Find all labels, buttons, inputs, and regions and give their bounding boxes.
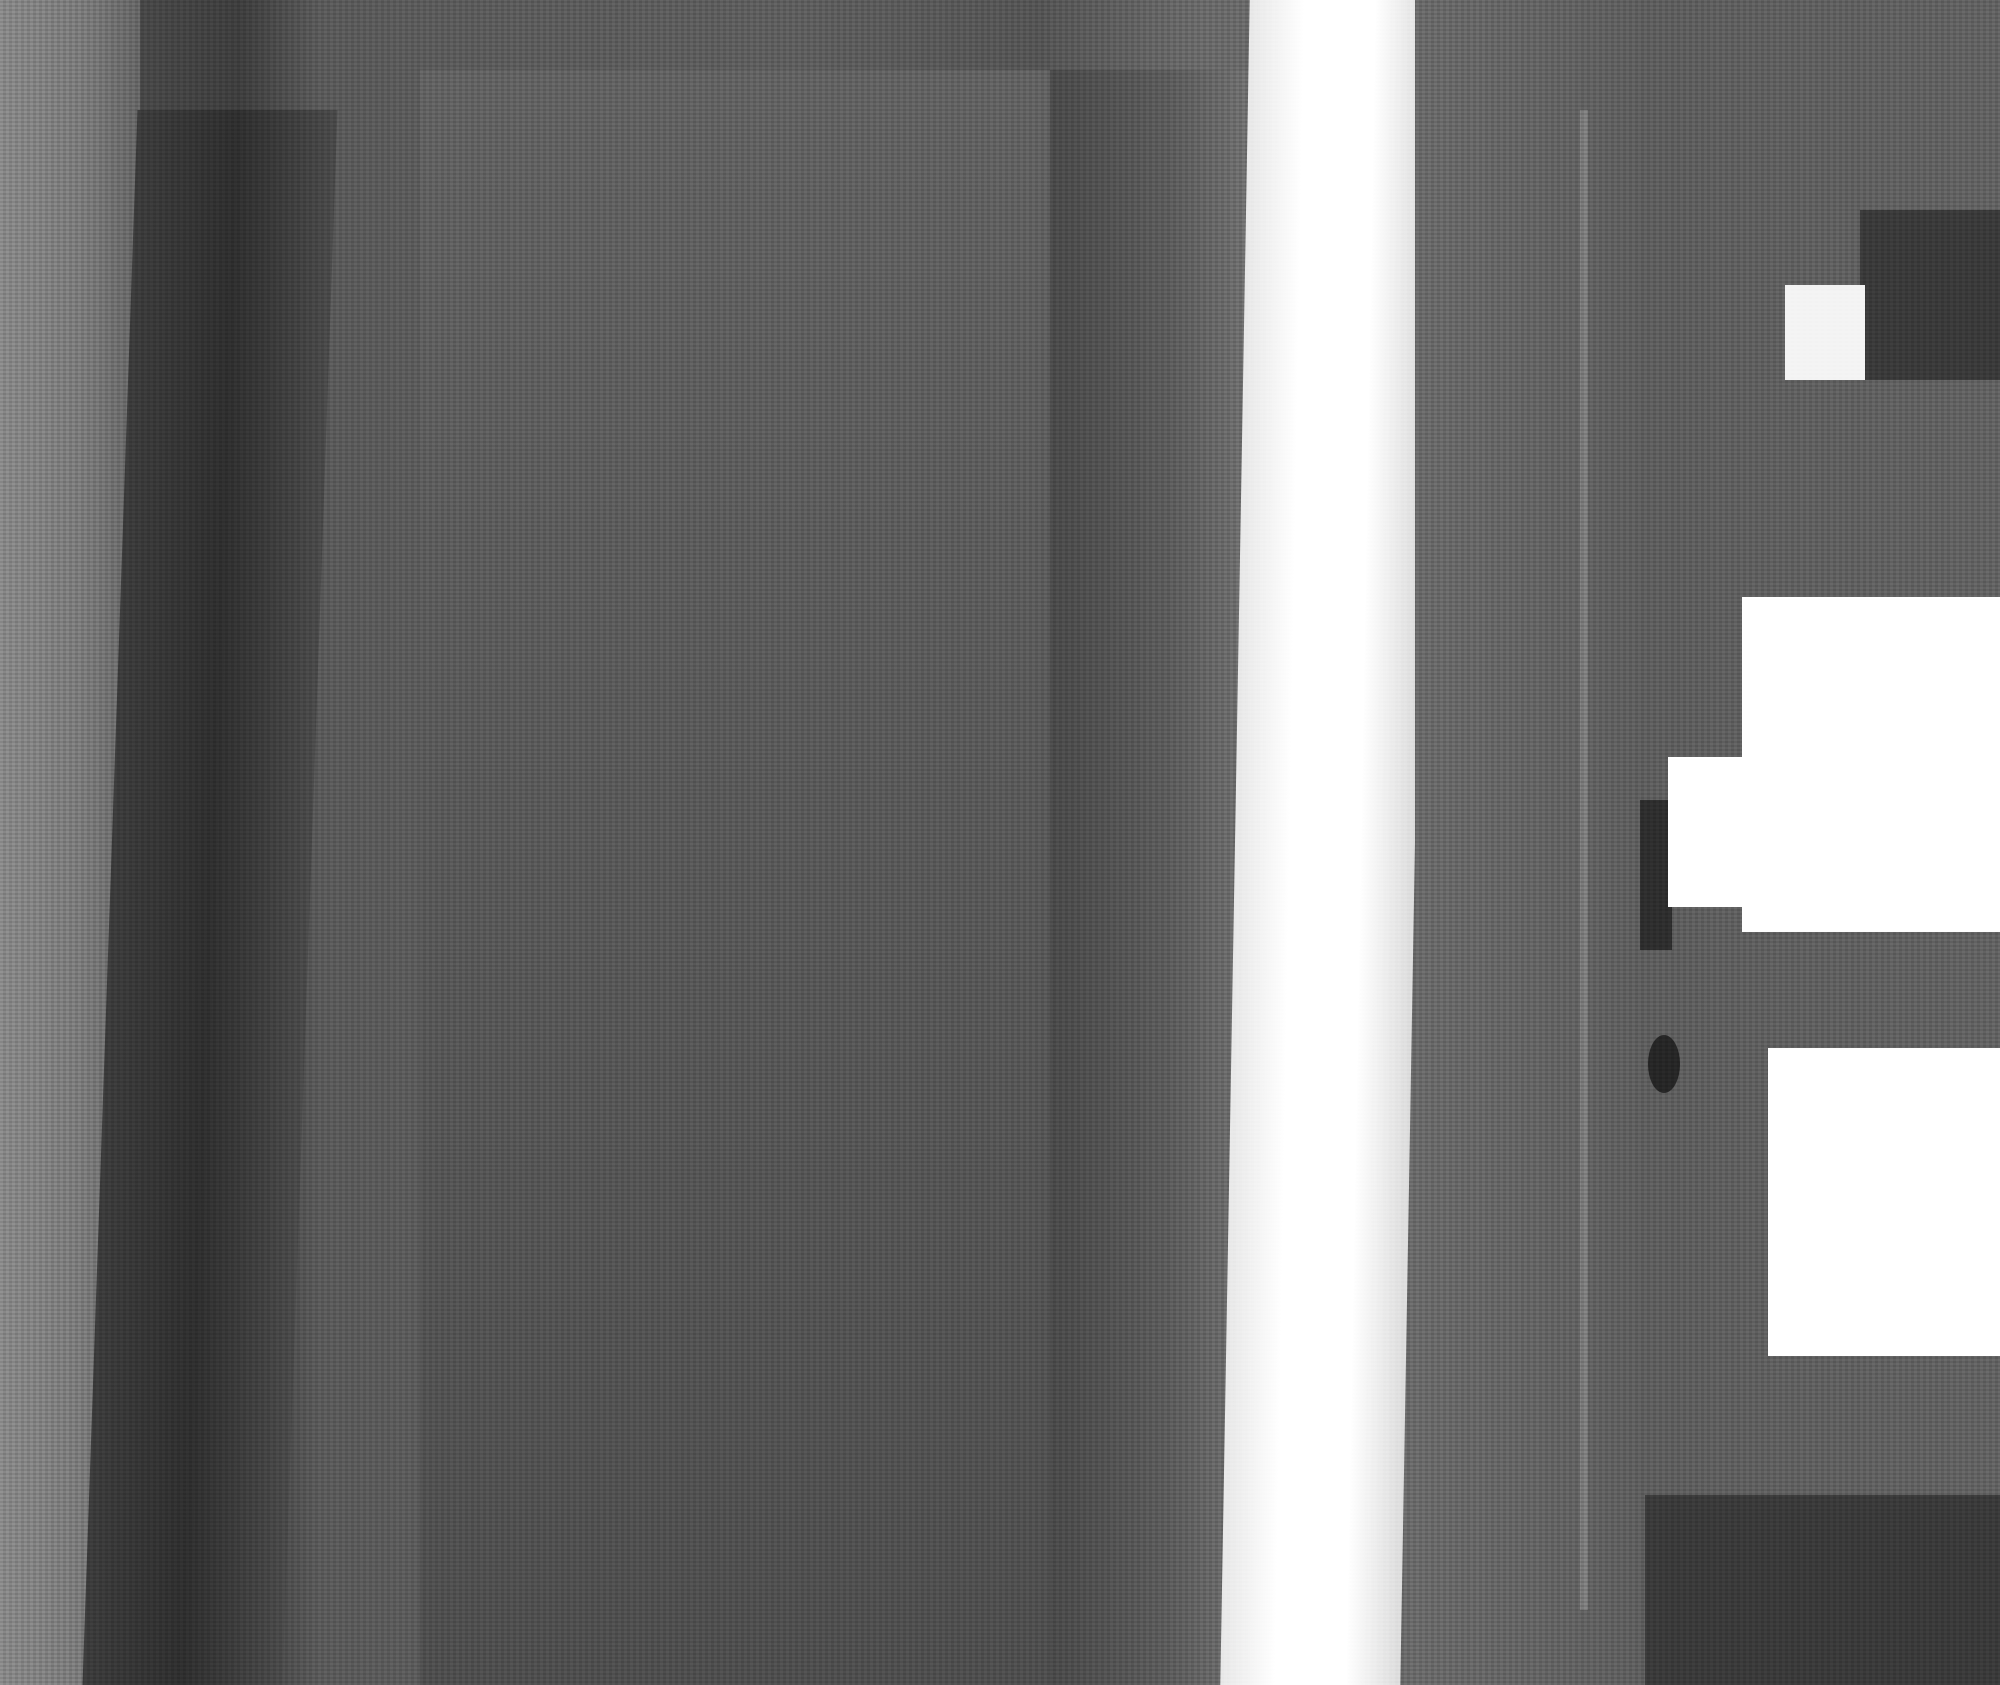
bright-square-patch: [1785, 285, 1865, 380]
door-edge-shadow: [1050, 70, 1250, 1685]
door-panel: [420, 70, 1060, 1685]
white-notch: [1668, 757, 1748, 907]
dark-lower-area: [1645, 1495, 2000, 1685]
dark-top-fixture: [1860, 210, 2000, 380]
bright-light-strip: [1220, 0, 1429, 1685]
dark-knob: [1648, 1035, 1680, 1093]
white-block-upper: [1742, 597, 2000, 932]
right-frame-line: [1580, 110, 1588, 1610]
photo-scene: Grainy grayscale photograph of an interi…: [0, 0, 2000, 1685]
white-block-lower: [1768, 1048, 2000, 1356]
